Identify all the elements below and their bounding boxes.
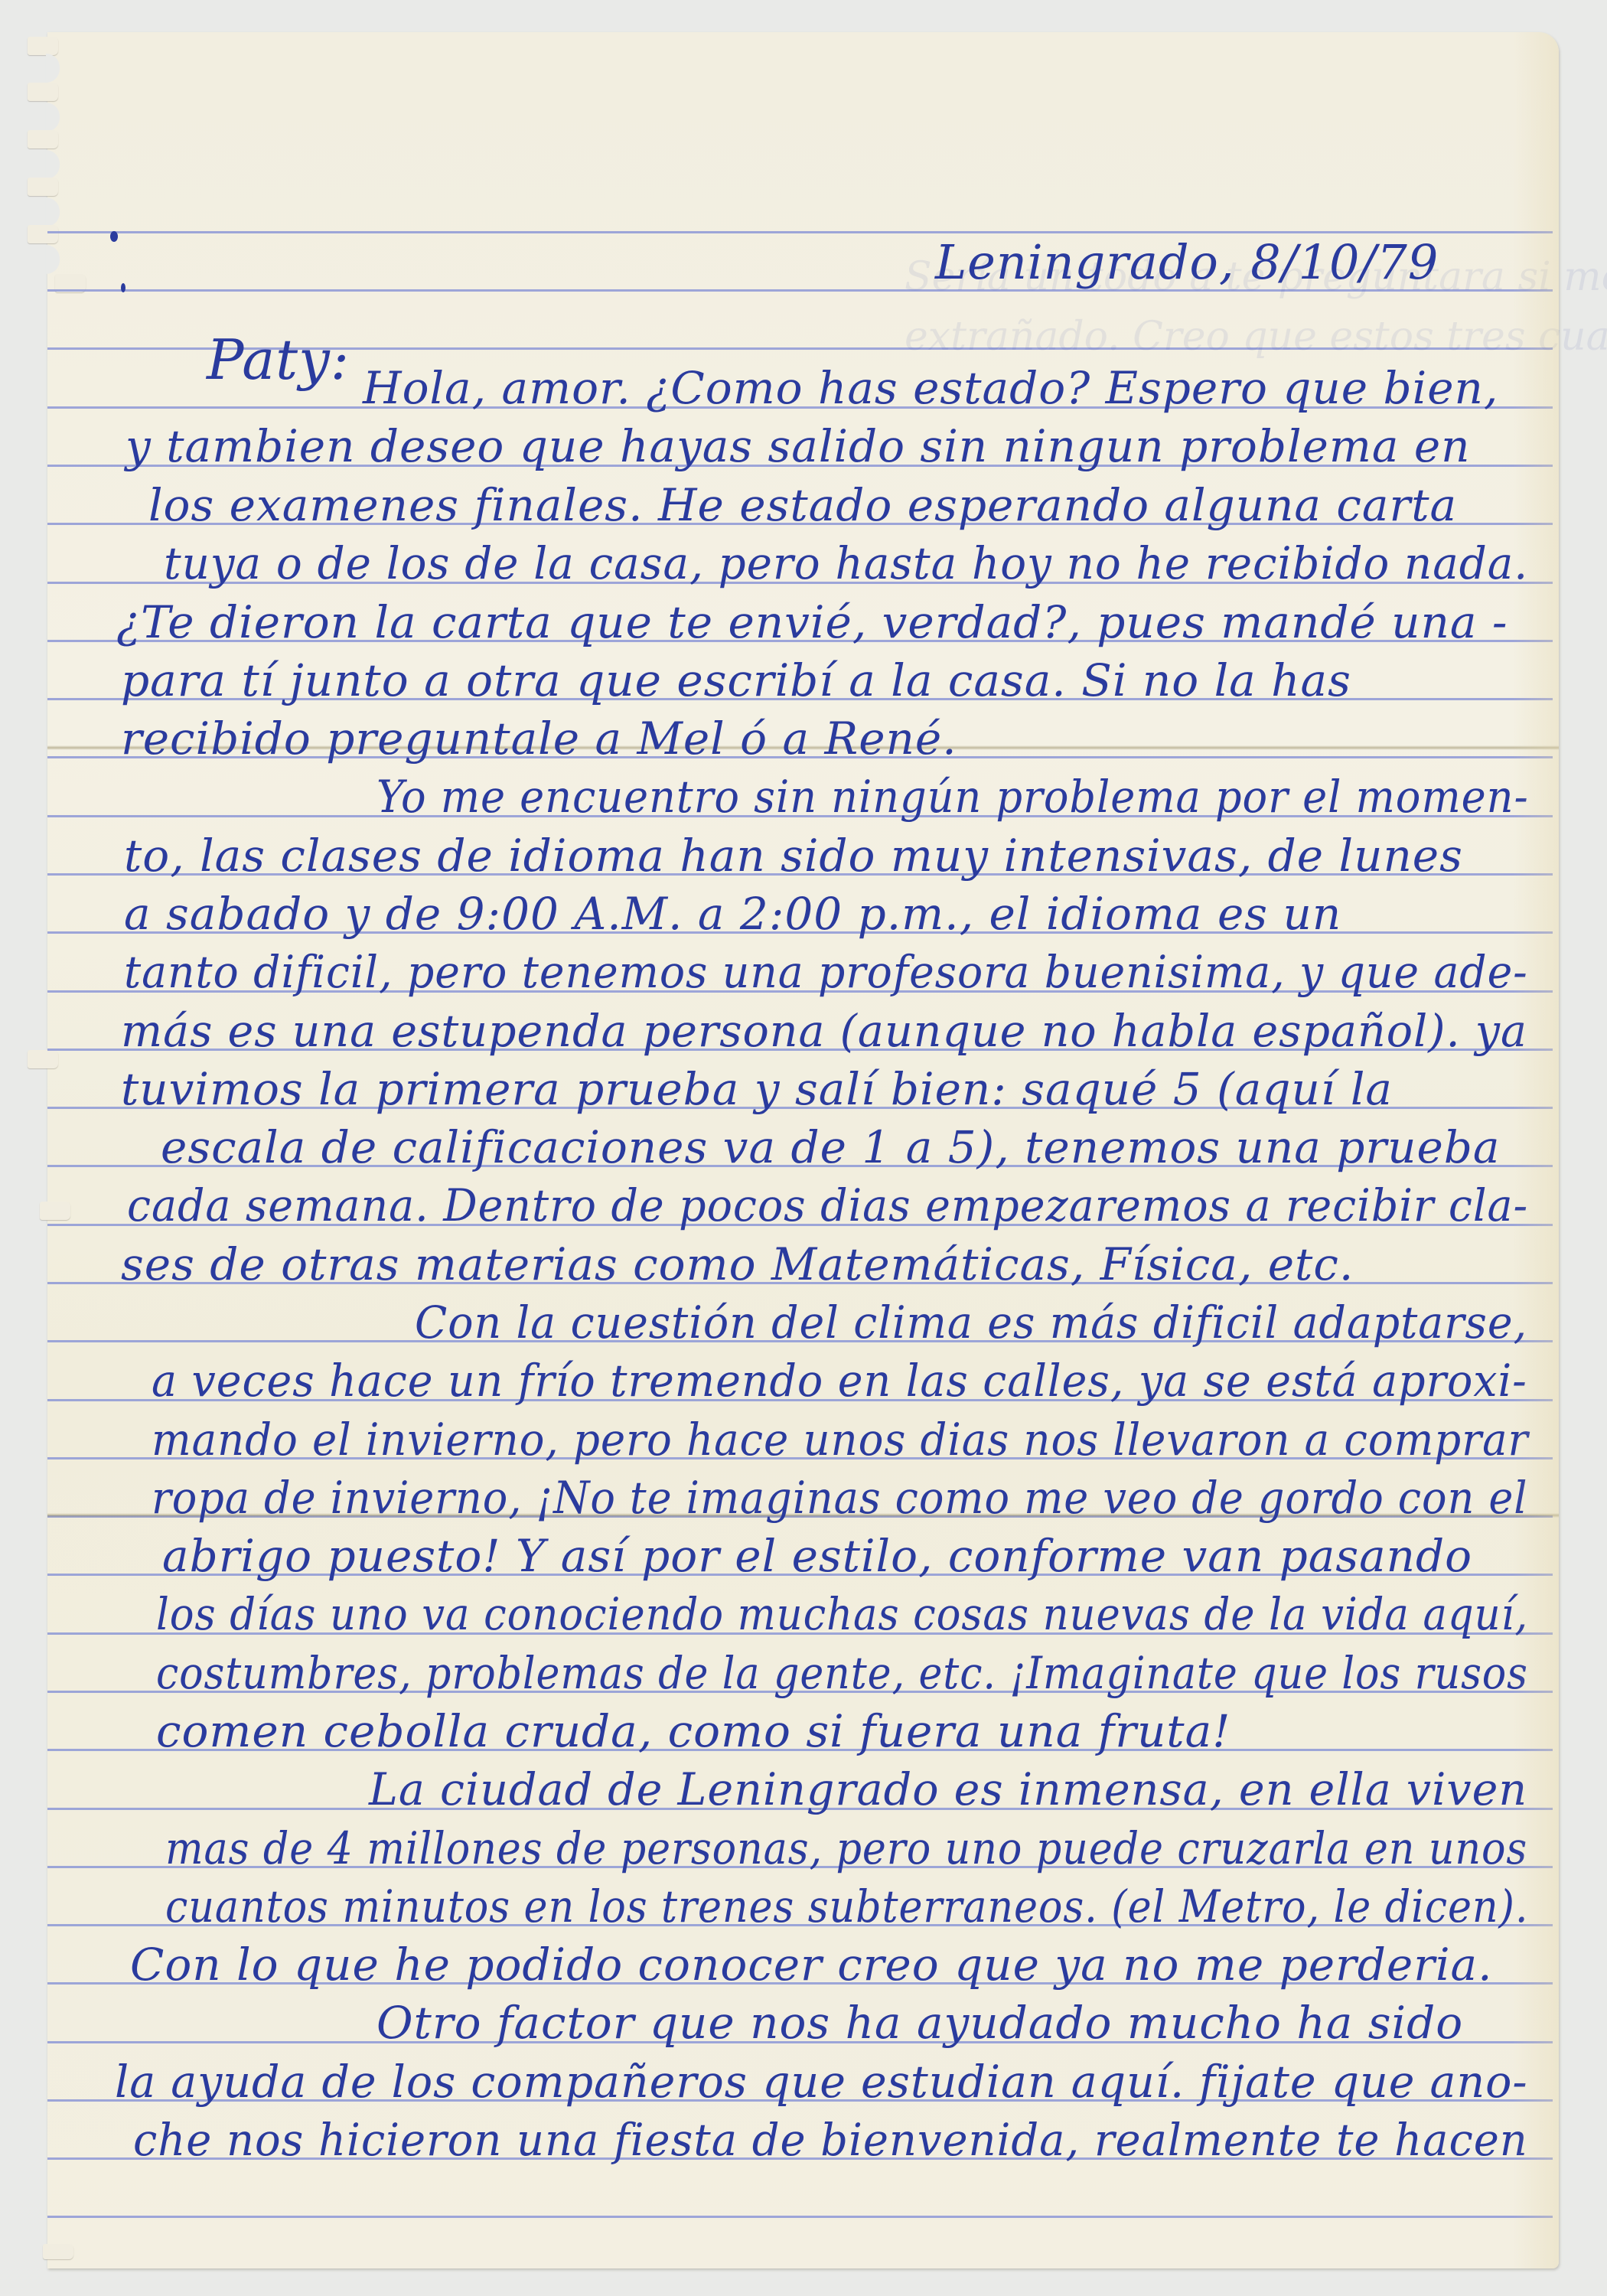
letter-line: costumbres, problemas de la gente, etc. … [156,1651,1528,1695]
letter-line: abrigo puesto! Y así por el estilo, conf… [162,1534,1472,1578]
letter-line: Otro factor que nos ha ayudado mucho ha … [376,2001,1463,2045]
letter-line: la ayuda de los compañeros que estudian … [115,2060,1528,2104]
perforation-tab [40,1202,70,1220]
letter-line: cuantos minutos en los trenes subterrane… [165,1884,1528,1929]
letter-line: los días uno va conociendo muchas cosas … [156,1592,1528,1636]
bleed-through-text: extrañado. Creo que estos tres cuartos f… [905,314,1607,360]
letter-line: tuvimos la primera prueba y salí bien: s… [121,1067,1393,1111]
letter-line: y tambien deseo que hayas salido sin nin… [125,424,1471,468]
letter-line: ¿Te dieron la carta que te envié, verdad… [116,600,1508,644]
letter-line: Hola, amor. ¿Como has estado? Espero que… [363,366,1498,410]
letter-sheet: Sería un todo a te preguntara si me has … [47,32,1559,2268]
perforation-tab [28,130,58,148]
perforation-notch [46,150,60,179]
perforation-tab [28,37,58,55]
perforation-tab [28,178,58,196]
letter-line: recibido preguntale a Mel ó a René. [121,716,957,761]
letter-line: los examenes finales. He estado esperand… [148,483,1457,527]
ink-dot [110,231,118,242]
perforation-notch [46,197,60,227]
letter-line: tuya o de los de la casa, pero hasta hoy… [164,541,1528,585]
ruled-line [47,2216,1553,2218]
perforation-notch [46,103,60,132]
letter-line: Con lo que he podido conocer creo que ya… [130,1942,1493,1987]
salutation: Paty: [207,332,350,387]
letter-line: ropa de invierno, ¡No te imaginas como m… [152,1476,1527,1520]
letter-line: che nos hicieron una fiesta de bienvenid… [133,2118,1528,2162]
letter-line: escala de calificaciones va de 1 a 5), t… [161,1125,1501,1169]
letter-line: a sabado y de 9:00 A.M. a 2:00 p.m., el … [124,892,1341,936]
perforation-tab [28,225,58,243]
letter-line: comen cebolla cruda, como si fuera una f… [156,1709,1231,1753]
letter-line: Con la cuestión del clima es más dificil… [415,1300,1527,1345]
letter-line: para tí junto a otra que escribí a la ca… [121,658,1351,703]
place-date: Leningrado, 8/10/79 [935,239,1439,286]
letter-line: mando el invierno, pero hace unos dias n… [152,1417,1529,1462]
letter-line: más es una estupenda persona (aunque no … [121,1009,1527,1053]
letter-line: to, las clases de idioma han sido muy in… [124,833,1463,878]
letter-line: a veces hace un frío tremendo en las cal… [152,1358,1527,1403]
perforation-tab [43,2244,73,2259]
letter-line: Yo me encuentro sin ningún problema por … [376,775,1529,819]
perforation-tab [28,1050,58,1068]
letter-line: tanto dificil, pero tenemos una profesor… [124,950,1528,994]
ruled-line [47,231,1553,233]
perforation-notch [46,54,60,83]
letter-line: La ciudad de Leningrado es inmensa, en e… [369,1767,1527,1812]
letter-line: ses de otras materias como Matemáticas, … [121,1242,1354,1287]
perforation-tab [28,83,58,101]
letter-line: cada semana. Dentro de pocos dias empeza… [127,1183,1528,1228]
ink-dot [121,283,125,292]
perforation-notch [46,245,60,274]
letter-line: mas de 4 millones de personas, pero uno … [165,1826,1527,1870]
